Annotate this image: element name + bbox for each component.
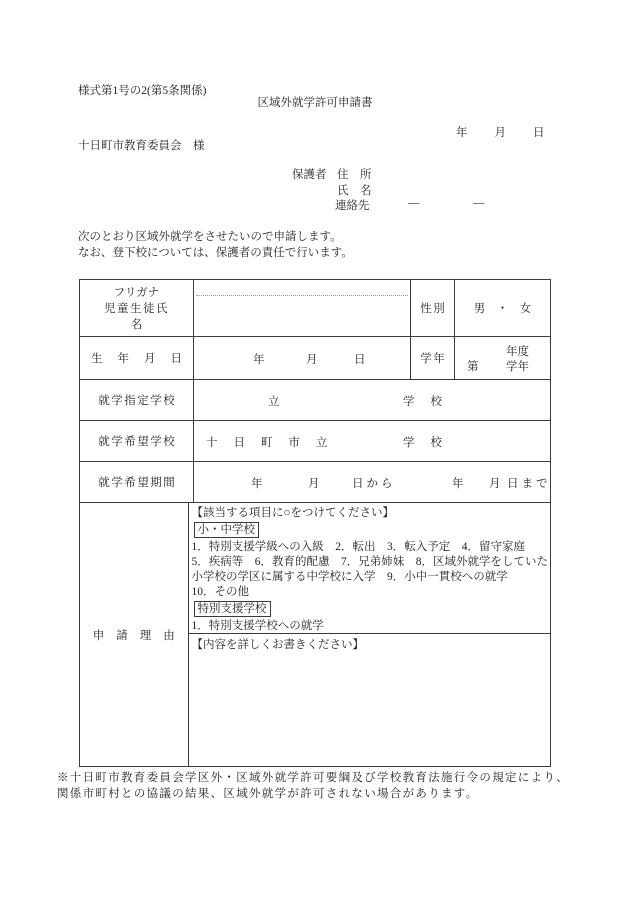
ritsu-suffix: 立 bbox=[268, 393, 280, 409]
desired-period-input-cell: 年 月 日から 年 月 日まで bbox=[194, 462, 550, 502]
contact-dash-2: ― bbox=[473, 197, 485, 209]
period-year-to: 年 bbox=[452, 475, 464, 491]
desired-school-label: 就学希望学校 bbox=[98, 433, 176, 449]
guardian-name-label: 氏 名 bbox=[337, 182, 372, 198]
birth-day-unit: 日 bbox=[354, 351, 366, 367]
desired-school-input-cell: 十日町市立 学校 bbox=[194, 421, 550, 461]
sex-label-cell: 性別 bbox=[411, 280, 455, 336]
date-day-label: 日 bbox=[533, 124, 545, 140]
date-month-label: 月 bbox=[495, 124, 507, 140]
period-year-from: 年 bbox=[251, 475, 263, 491]
period-day-from: 日から bbox=[352, 475, 396, 491]
furigana-divider-line bbox=[196, 295, 408, 296]
intro-line-1: 次のとおり区域外就学をさせたいので申請します。 bbox=[78, 228, 342, 244]
special-school-header-line: 特別支援学校 bbox=[192, 600, 549, 619]
desired-school-row: 就学希望学校 十日町市立 学校 bbox=[80, 421, 550, 462]
school-year-unit: 年度 bbox=[506, 343, 529, 359]
reason-checklist-section: 【該当する項目に○をつけてください】 小・中学校 1．特別支援学級への入級 2．… bbox=[189, 503, 551, 634]
sex-options: 男 ・ 女 bbox=[474, 300, 532, 316]
birthdate-label: 生年月日 bbox=[91, 350, 197, 366]
desired-period-label-cell: 就学希望期間 bbox=[80, 462, 194, 502]
designated-school-label: 就学指定学校 bbox=[98, 392, 176, 408]
period-month-to: 月 bbox=[489, 475, 501, 491]
name-input-cell bbox=[194, 280, 411, 336]
special-school-header: 特別支援学校 bbox=[194, 601, 271, 617]
reason-detail-section: 【内容を詳しくお書きください】 bbox=[189, 634, 551, 766]
grade-label: 学年 bbox=[420, 350, 446, 366]
application-form-page: 様式第1号の2(第5条関係) 区域外就学許可申請書 年 月 日 十日町市教育委員… bbox=[0, 0, 630, 903]
name-label-cell: フリガナ 児童生徒氏名 bbox=[80, 280, 194, 336]
reason-line-2: 5．疾病等 6．教育的配慮 7．兄弟姉妹 8．区域外就学をしていた bbox=[192, 555, 549, 570]
reason-line-4: 10．その他 bbox=[192, 585, 549, 600]
date-year-label: 年 bbox=[456, 124, 468, 140]
contact-dash-1: ― bbox=[408, 197, 420, 209]
desired-school-label-cell: 就学希望学校 bbox=[80, 421, 194, 461]
city-prefix: 十日町市立 bbox=[206, 434, 344, 450]
school-suffix: 学校 bbox=[403, 393, 458, 409]
desired-period-row: 就学希望期間 年 月 日から 年 月 日まで bbox=[80, 462, 550, 503]
grade-value-cell: 年度 第 学年 bbox=[455, 337, 550, 379]
period-month-from: 月 bbox=[308, 475, 320, 491]
footer-line-1: ※十日町市教育委員会学区外・区域外就学許可要綱及び学校教育法施行令の規定により、 bbox=[57, 771, 569, 787]
intro-line-2: なお、登下校については、保護者の責任で行います。 bbox=[78, 244, 353, 260]
furigana-label: フリガナ bbox=[114, 284, 159, 300]
grade-suffix: 学年 bbox=[506, 358, 529, 374]
sex-value-cell: 男 ・ 女 bbox=[455, 280, 550, 336]
guardian-address-label: 住 所 bbox=[337, 166, 372, 182]
name-row: フリガナ 児童生徒氏名 性別 男 ・ 女 bbox=[80, 280, 550, 337]
designated-school-row: 就学指定学校 立 学校 bbox=[80, 380, 550, 421]
detail-instruction: 【内容を詳しくお書きください】 bbox=[192, 638, 549, 653]
birth-month-unit: 月 bbox=[306, 351, 318, 367]
student-name-label: 児童生徒氏名 bbox=[98, 300, 175, 332]
footer-note: ※十日町市教育委員会学区外・区域外就学許可要綱及び学校教育法施行令の規定により、… bbox=[57, 771, 569, 802]
grade-prefix: 第 bbox=[467, 358, 479, 374]
desired-period-label: 就学希望期間 bbox=[98, 474, 176, 490]
school-suffix: 学校 bbox=[403, 434, 458, 450]
birthdate-input-cell: 年 月 日 bbox=[194, 337, 411, 379]
designated-school-input-cell: 立 学校 bbox=[194, 380, 550, 420]
guardian-contact-label: 連絡先 bbox=[335, 197, 370, 213]
guardian-label: 保護者 bbox=[292, 166, 327, 182]
es-jhs-header: 小・中学校 bbox=[194, 522, 260, 538]
reason-label: 申請理由 bbox=[93, 627, 187, 643]
designated-school-label-cell: 就学指定学校 bbox=[80, 380, 194, 420]
reason-row: 申請理由 【該当する項目に○をつけてください】 小・中学校 1．特別支援学級への… bbox=[80, 503, 550, 766]
reason-line-1: 1．特別支援学級への入級 2．転出 3．転入予定 4．留守家庭 bbox=[192, 540, 549, 555]
birth-year-unit: 年 bbox=[253, 351, 265, 367]
reason-instruction: 【該当する項目に○をつけてください】 bbox=[192, 506, 549, 521]
sex-label: 性別 bbox=[420, 300, 446, 316]
footer-line-2: 関係市町村との協議の結果、区域外就学が許可されない場合があります。 bbox=[57, 787, 569, 803]
document-title: 区域外就学許可申請書 bbox=[0, 94, 630, 110]
application-table: フリガナ 児童生徒氏名 性別 男 ・ 女 生年月日 年 月 日 bbox=[79, 279, 551, 767]
reason-content-cell: 【該当する項目に○をつけてください】 小・中学校 1．特別支援学級への入級 2．… bbox=[189, 503, 551, 766]
reason-line-3: 小学校の学区に属する中学校に入学 9．小中一貫校への就学 bbox=[192, 570, 549, 585]
birthdate-row: 生年月日 年 月 日 学年 年度 第 学年 bbox=[80, 337, 550, 380]
reason-label-cell: 申請理由 bbox=[80, 503, 189, 766]
date-line: 年 月 日 bbox=[456, 124, 545, 140]
period-day-to: 日まで bbox=[507, 475, 551, 491]
es-jhs-header-line: 小・中学校 bbox=[192, 521, 549, 540]
addressee: 十日町市教育委員会 様 bbox=[78, 137, 205, 153]
grade-label-cell: 学年 bbox=[411, 337, 455, 379]
birthdate-label-cell: 生年月日 bbox=[80, 337, 194, 379]
special-reason-line: 1．特別支援学校への就学 bbox=[192, 619, 549, 634]
